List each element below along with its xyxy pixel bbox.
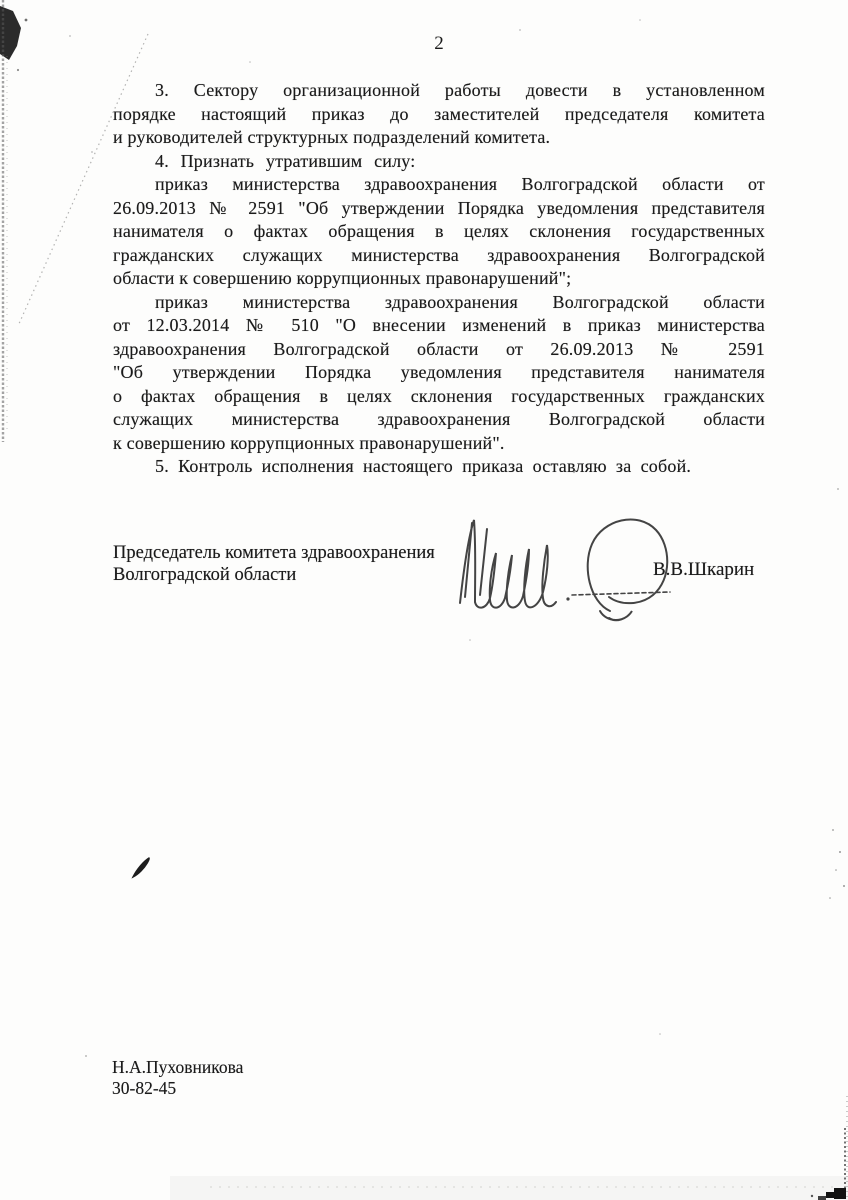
- signatory-title-line1: Председатель комитета здравоохранения: [113, 543, 435, 565]
- body-line: порядке настоящий приказ до заместителей…: [113, 103, 765, 127]
- paragraph-item3: 3. Сектору организационной работы довест…: [113, 79, 765, 150]
- pen-mark: [133, 858, 149, 877]
- body-line: здравоохранения Волгоградской области от…: [113, 338, 765, 362]
- body-line: и руководителей структурных подразделени…: [113, 126, 765, 150]
- body-line: нанимателя о фактах обращения в целях ск…: [113, 220, 765, 244]
- executor-name: Н.А.Пуховникова: [112, 1057, 243, 1078]
- body-line: приказ министерства здравоохранения Волг…: [113, 291, 765, 315]
- scan-bottom-band: [170, 1176, 848, 1200]
- body-line: 26.09.2013 № 2591 "Об утверждении Порядк…: [113, 197, 765, 221]
- page-number: 2: [113, 33, 765, 55]
- paragraph-order-2591: приказ министерства здравоохранения Волг…: [113, 173, 765, 291]
- paragraph-order-510: приказ министерства здравоохранения Волг…: [113, 291, 765, 456]
- body-line: области к совершению коррупционных право…: [113, 267, 765, 291]
- document-page: 2 3. Сектору организационной работы дове…: [0, 0, 848, 1200]
- body-line: 3. Сектору организационной работы довест…: [113, 79, 765, 103]
- executor-block: Н.А.Пуховникова 30-82-45: [112, 1057, 243, 1098]
- body-line: о фактах обращения в целях склонения гос…: [113, 385, 765, 409]
- executor-phone: 30-82-45: [112, 1078, 243, 1099]
- body-line: к совершению коррупционных правонарушени…: [113, 432, 765, 456]
- document-body: 3. Сектору организационной работы довест…: [113, 79, 765, 479]
- body-line: "Об утверждении Порядка уведомления пред…: [113, 361, 765, 385]
- body-line: гражданских служащих министерства здраво…: [113, 244, 765, 268]
- signatory-name: В.В.Шкарин: [653, 559, 754, 581]
- body-line: приказ министерства здравоохранения Волг…: [113, 173, 765, 197]
- paragraph-item4: 4. Признать утратившим силу:: [113, 150, 765, 174]
- signatory-title-line2: Волгоградской области: [113, 565, 435, 587]
- body-line: от 12.03.2014 № 510 "О внесении изменени…: [113, 314, 765, 338]
- scan-right-speckles: [829, 829, 845, 899]
- scan-blob-top-left: [0, 6, 27, 71]
- body-line: служащих министерства здравоохранения Во…: [113, 408, 765, 432]
- paragraph-item5: 5. Контроль исполнения настоящего приказ…: [113, 455, 765, 479]
- scan-blob-bottom-right: [811, 1188, 846, 1200]
- signatory-title: Председатель комитета здравоохранения Во…: [113, 543, 435, 586]
